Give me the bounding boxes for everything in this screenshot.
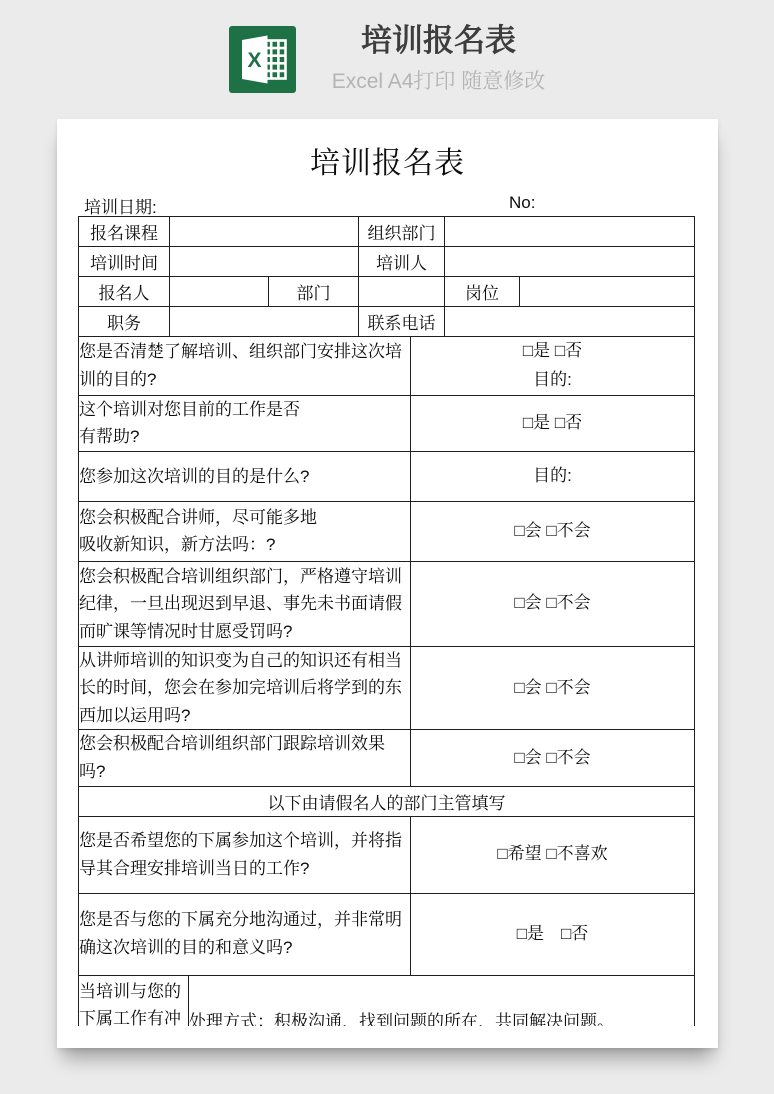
banner-subtitle: Excel A4打印 随意修改	[332, 65, 546, 95]
field-org-dept	[445, 217, 695, 247]
question-row-5: 您会积极配合培训组织部门，严格遵守培训 纪律，一旦出现迟到早退、事先未书面请假 …	[79, 561, 695, 646]
excel-icon: X	[229, 26, 296, 93]
label-course: 报名课程	[79, 217, 170, 247]
supervisor-question-text-1: 您是否希望您的下属参加这个培训，并将指 导其合理安排培训当日的工作?	[79, 816, 411, 893]
supervisor-answer-options-1: □希望 □不喜欢	[411, 816, 695, 893]
no-label: No:	[509, 193, 535, 213]
table-row-applicant: 报名人 部门 岗位	[79, 277, 695, 307]
page-title: 培训报名表	[57, 138, 718, 182]
label-duty: 职务	[79, 307, 170, 337]
registration-table: 报名课程 组织部门 培训时间 培训人 报名人 部门 岗位	[78, 216, 695, 1026]
field-trainer	[445, 247, 695, 277]
question-text-7: 您会积极配合培训组织部门跟踪培训效果 吗?	[79, 730, 411, 786]
field-phone	[445, 307, 695, 337]
label-org-dept: 组织部门	[359, 217, 445, 247]
question-text-2: 这个培训对您目前的工作是否 有帮助?	[79, 395, 411, 451]
label-position: 岗位	[445, 277, 520, 307]
field-applicant	[170, 277, 269, 307]
label-trainer: 培训人	[359, 247, 445, 277]
field-train-time	[170, 247, 359, 277]
question-text-1: 您是否清楚了解培训、组织部门安排这次培 训的目的?	[79, 337, 411, 396]
question-row-3: 您参加这次培训的目的是什么? 目的:	[79, 451, 695, 501]
training-date-label: 培训日期:	[84, 193, 157, 218]
field-dept	[359, 277, 445, 307]
label-phone: 联系电话	[359, 307, 445, 337]
answer-options-5: □会 □不会	[411, 561, 695, 646]
banner-text: 培训报名表 Excel A4打印 随意修改	[332, 23, 546, 96]
answer-options-6: □会 □不会	[411, 646, 695, 730]
supervisor-answer-options-2: □是 □否	[411, 893, 695, 975]
answer-options-3: 目的:	[411, 451, 695, 501]
form-table-clip: 报名课程 组织部门 培训时间 培训人 报名人 部门 岗位	[78, 216, 700, 1026]
supervisor-question-text-2: 您是否与您的下属充分地沟通过，并非常明 确这次培训的目的和意义吗?	[79, 893, 411, 975]
answer-options-2: □是 □否	[411, 395, 695, 451]
answer-options-1: □是 □否 目的:	[411, 337, 695, 396]
conflict-row: 当培训与您的 下属工作有冲 突时，您怎样 处理方式：积极沟通，找到问题的所在，共…	[79, 975, 695, 1026]
question-row-7: 您会积极配合培训组织部门跟踪培训效果 吗? □会 □不会	[79, 730, 695, 786]
question-text-4: 您会积极配合讲师，尽可能多地 吸收新知识，新方法吗：?	[79, 501, 411, 561]
banner: X 培训报名表 Excel A4打印 随意修改	[0, 0, 774, 118]
field-position	[520, 277, 695, 307]
question-text-5: 您会积极配合培训组织部门，严格遵守培训 纪律，一旦出现迟到早退、事先未书面请假 …	[79, 561, 411, 646]
question-row-2: 这个培训对您目前的工作是否 有帮助? □是 □否	[79, 395, 695, 451]
label-dept: 部门	[269, 277, 359, 307]
conflict-question-text: 当培训与您的 下属工作有冲 突时，您怎样	[79, 975, 189, 1026]
question-text-3: 您参加这次培训的目的是什么?	[79, 451, 411, 501]
label-applicant: 报名人	[79, 277, 170, 307]
question-row-4: 您会积极配合讲师，尽可能多地 吸收新知识，新方法吗：? □会 □不会	[79, 501, 695, 561]
question-row-1: 您是否清楚了解培训、组织部门安排这次培 训的目的? □是 □否 目的:	[79, 337, 695, 396]
banner-title: 培训报名表	[332, 23, 546, 59]
supervisor-question-row-2: 您是否与您的下属充分地沟通过，并非常明 确这次培训的目的和意义吗? □是 □否	[79, 893, 695, 975]
question-row-6: 从讲师培训的知识变为自己的知识还有相当 长的时间，您会在参加完培训后将学到的东 …	[79, 646, 695, 730]
table-row-duty: 职务 联系电话	[79, 307, 695, 337]
section-header-row: 以下由请假名人的部门主管填写	[79, 786, 695, 816]
document-page: 培训报名表 培训日期: No: 报名课程 组织部门 培训时间 培训人	[57, 119, 718, 1048]
answer-options-7: □会 □不会	[411, 730, 695, 786]
conflict-handling-text: 处理方式：积极沟通，找到问题的所在，共同解决问题。	[189, 975, 695, 1026]
field-course	[170, 217, 359, 247]
table-row-time: 培训时间 培训人	[79, 247, 695, 277]
field-duty	[170, 307, 359, 337]
answer-options-4: □会 □不会	[411, 501, 695, 561]
table-row-course: 报名课程 组织部门	[79, 217, 695, 247]
label-train-time: 培训时间	[79, 247, 170, 277]
excel-letter: X	[247, 49, 261, 72]
section-header: 以下由请假名人的部门主管填写	[79, 786, 695, 816]
supervisor-question-row-1: 您是否希望您的下属参加这个培训，并将指 导其合理安排培训当日的工作? □希望 □…	[79, 816, 695, 893]
question-text-6: 从讲师培训的知识变为自己的知识还有相当 长的时间，您会在参加完培训后将学到的东 …	[79, 646, 411, 730]
